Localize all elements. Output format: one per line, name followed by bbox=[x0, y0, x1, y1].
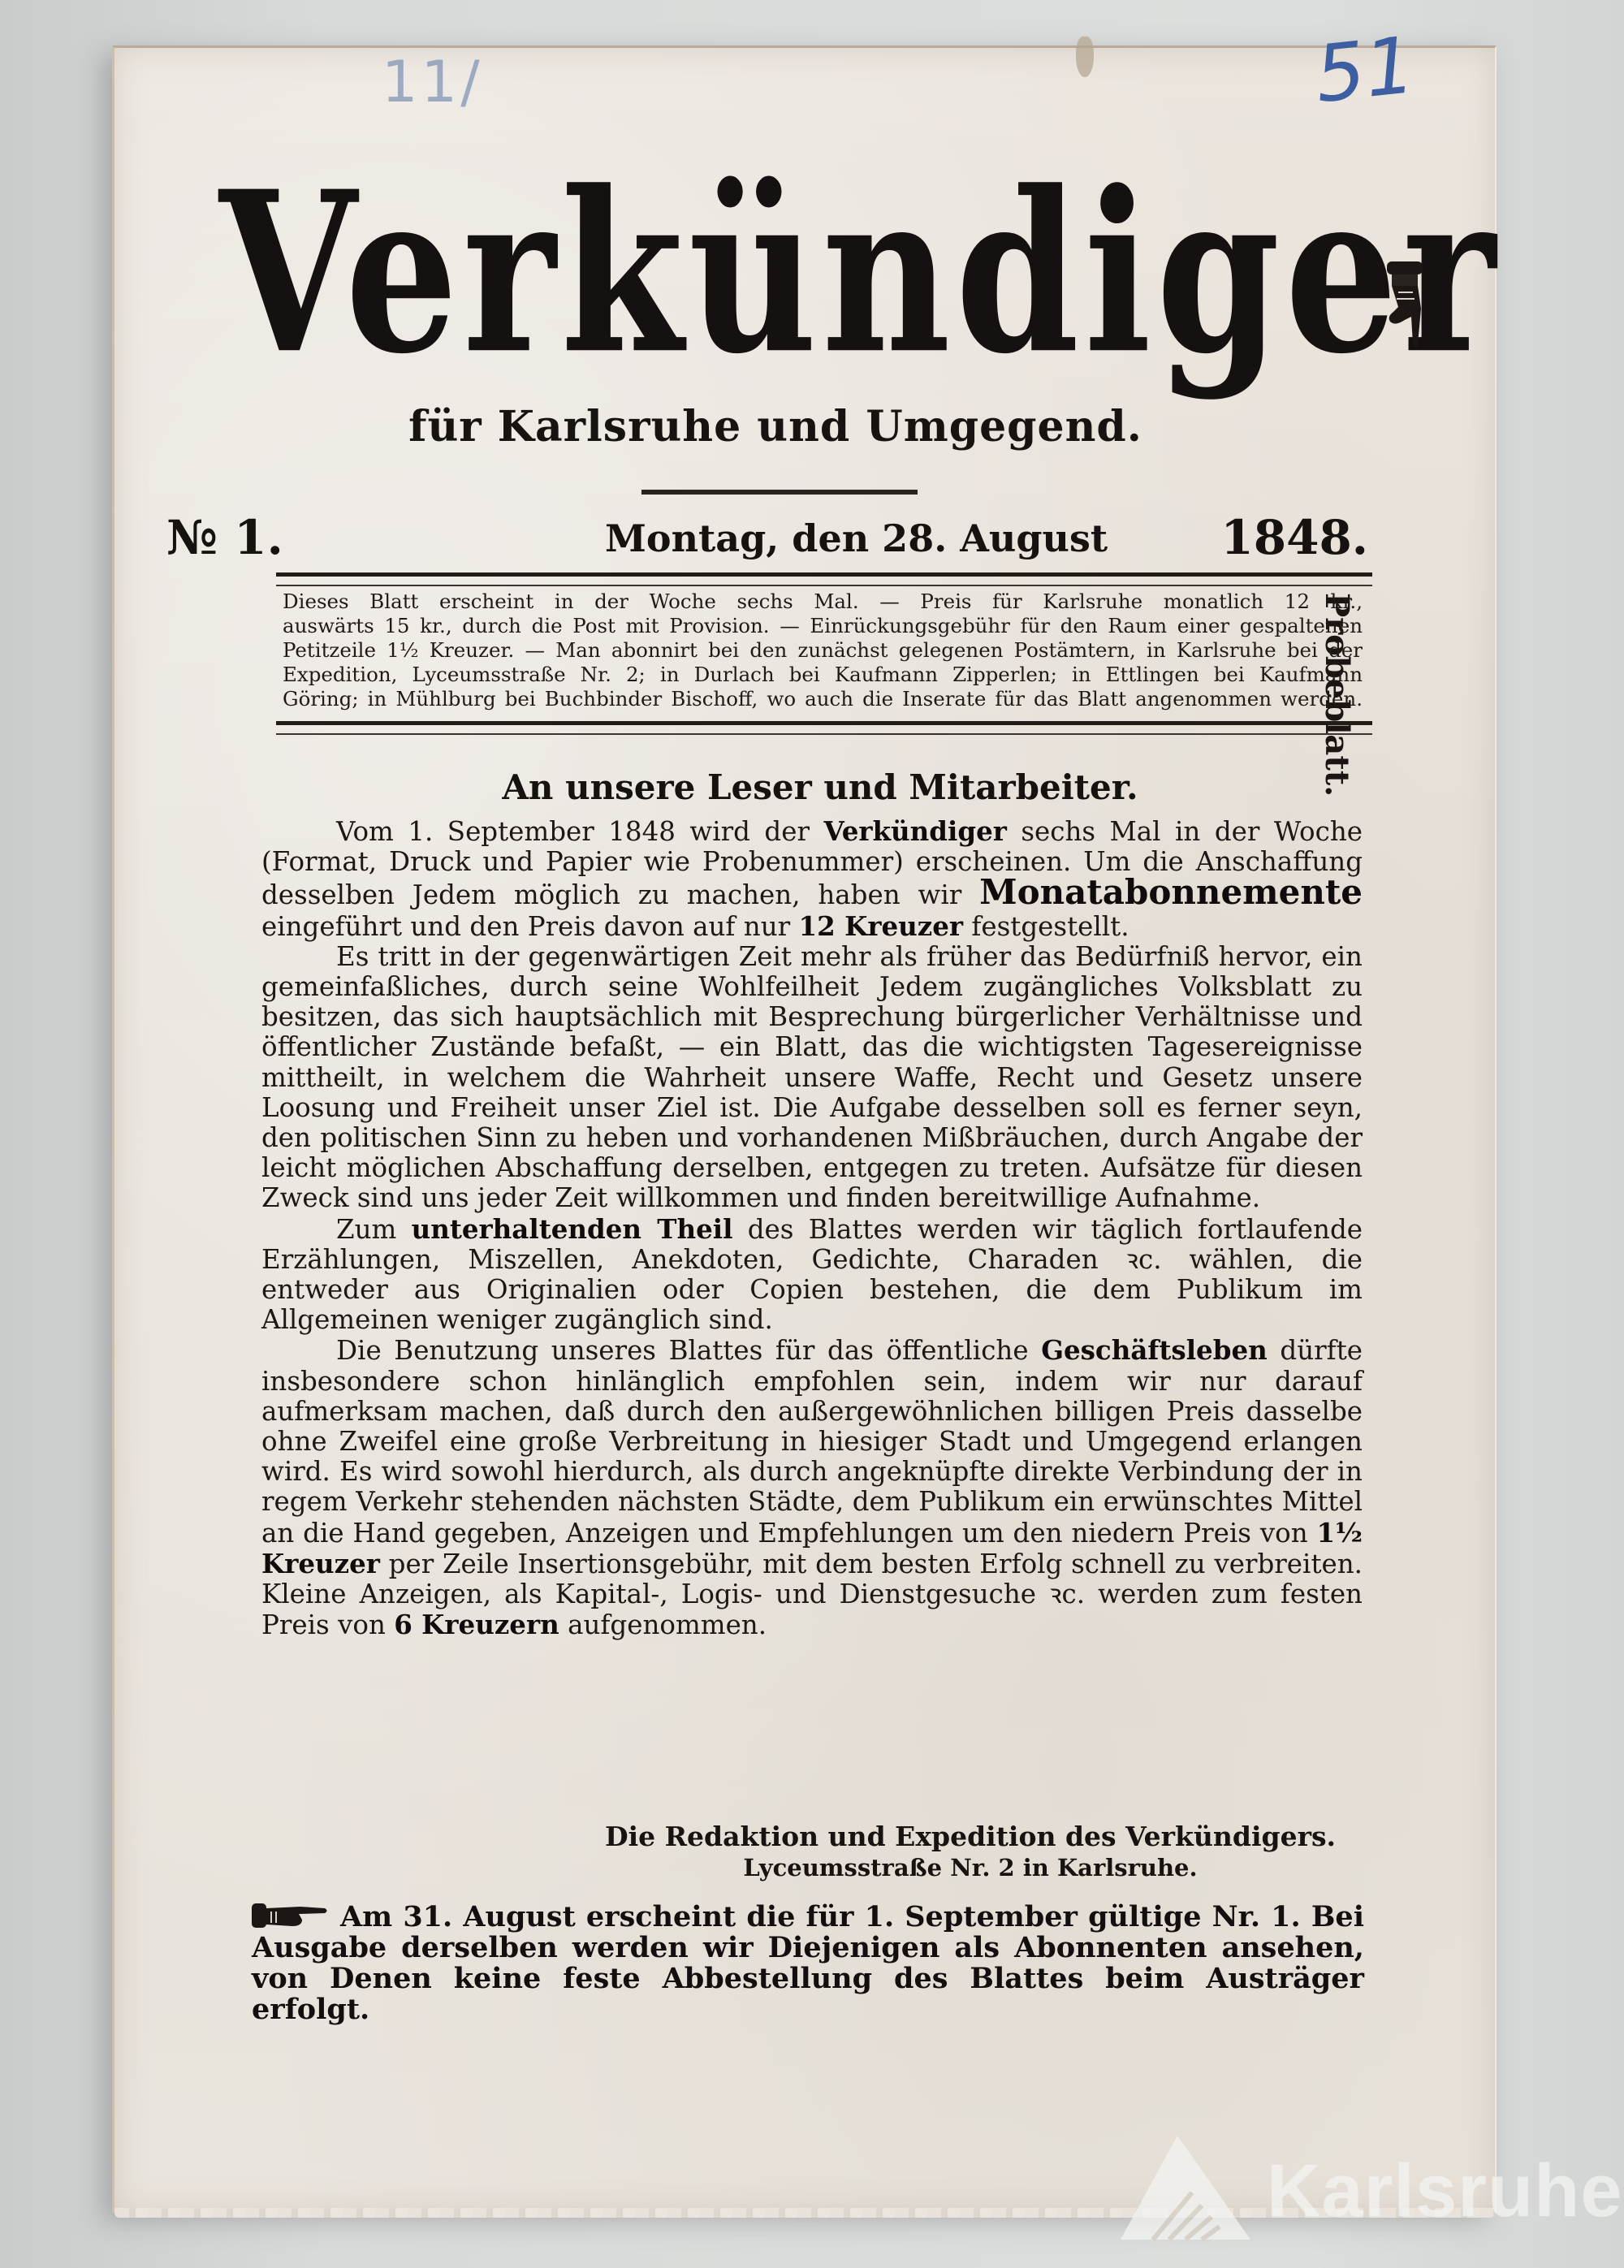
paragraph-text: festgestellt. bbox=[963, 911, 1129, 942]
pencil-mark: 11/ bbox=[382, 49, 430, 130]
issue-line: № 1. Montag, den 28. August 1848. bbox=[166, 510, 1368, 575]
info-line: Göring; in Mühlburg bei Buchbinder Bisch… bbox=[283, 687, 1363, 711]
karlsruhe-watermark: Karlsruhe bbox=[1088, 2136, 1608, 2249]
article-paragraph: Es tritt in der gegenwärtigen Zeit mehr … bbox=[261, 942, 1363, 1214]
signature-line: Die Redaktion und Expedition des Verkünd… bbox=[568, 1821, 1372, 1853]
info-line: Dieses Blatt erscheint in der Woche sech… bbox=[283, 590, 1363, 614]
subscription-info: Dieses Blatt erscheint in der Woche sech… bbox=[283, 590, 1363, 711]
emphasized-text: unterhaltenden Theil bbox=[412, 1213, 733, 1245]
article-paragraph: Die Benutzung unseres Blattes für das öf… bbox=[261, 1335, 1363, 1640]
masthead-subtitle: für Karlsruhe und Umgegend. bbox=[219, 402, 1332, 451]
watermark-text: Karlsruhe bbox=[1267, 2149, 1623, 2234]
double-rule-bottom bbox=[276, 721, 1372, 735]
paragraph-text: eingeführt und den Preis davon auf nur bbox=[261, 911, 799, 942]
pointing-hand-down-icon bbox=[1380, 260, 1429, 357]
emphasized-text: 6 Kreuzern bbox=[394, 1609, 559, 1640]
karlsruhe-logo-icon bbox=[1088, 2136, 1267, 2249]
paragraph-text: Es tritt in der gegenwärtigen Zeit mehr … bbox=[261, 941, 1363, 1214]
emphasized-text: Monatabonnemente bbox=[979, 872, 1363, 912]
issue-number: № 1. bbox=[166, 510, 283, 565]
paragraph-text: aufgenommen. bbox=[559, 1609, 767, 1640]
issue-year: 1848. bbox=[1220, 510, 1368, 565]
article-paragraph: Zum unterhaltenden Theil des Blattes wer… bbox=[261, 1214, 1363, 1336]
article-title: An unsere Leser und Mitarbeiter. bbox=[260, 767, 1380, 807]
info-line: Expedition, Lyceumsstraße Nr. 2; in Durl… bbox=[283, 663, 1363, 687]
paper-hole bbox=[1076, 37, 1094, 77]
article-body: Vom 1. September 1848 wird der Verkündig… bbox=[261, 816, 1363, 1640]
emphasized-text: Verkündiger bbox=[823, 815, 1006, 847]
divider-rule bbox=[641, 490, 918, 495]
notice: Am 31. August erscheint die für 1. Septe… bbox=[252, 1900, 1364, 2025]
pointing-hand-right-icon bbox=[252, 1900, 329, 1931]
paragraph-text: dürfte insbesondere schon hinlänglich em… bbox=[261, 1335, 1363, 1548]
issue-date: Montag, den 28. August bbox=[605, 516, 1108, 560]
article-paragraph: Vom 1. September 1848 wird der Verkündig… bbox=[261, 816, 1363, 942]
notice-text: Am 31. August erscheint die für 1. Septe… bbox=[252, 1900, 1364, 2026]
paragraph-text: Zum bbox=[336, 1214, 412, 1245]
info-line: auswärts 15 kr., durch die Post mit Prov… bbox=[283, 614, 1363, 638]
emphasized-text: 12 Kreuzer bbox=[799, 910, 963, 942]
info-line: Petitzeile 1½ Kreuzer. — Man abonnirt be… bbox=[283, 638, 1363, 663]
emphasized-text: Geschäftsleben bbox=[1041, 1334, 1268, 1366]
archive-number: 51 bbox=[1311, 19, 1419, 120]
paragraph-text: Vom 1. September 1848 wird der bbox=[336, 816, 823, 847]
double-rule-top bbox=[276, 572, 1372, 586]
paragraph-text: Die Benutzung unseres Blattes für das öf… bbox=[336, 1335, 1041, 1366]
signature-address: Lyceumsstraße Nr. 2 in Karlsruhe. bbox=[568, 1853, 1372, 1882]
signature: Die Redaktion und Expedition des Verkünd… bbox=[568, 1821, 1372, 1882]
masthead-title: Verkündiger bbox=[219, 162, 1332, 384]
